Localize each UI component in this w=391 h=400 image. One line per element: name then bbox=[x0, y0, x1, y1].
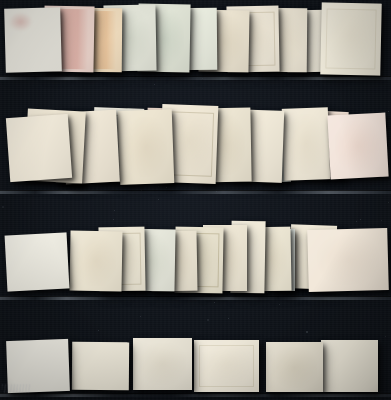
stamp-design-showthrough bbox=[325, 9, 377, 69]
dust-speck bbox=[113, 219, 114, 220]
dust-speck bbox=[207, 319, 209, 321]
dust-speck bbox=[2, 206, 4, 208]
stamp-design-showthrough bbox=[9, 12, 33, 32]
stamp-design-showthrough bbox=[316, 234, 380, 286]
dust-speck bbox=[158, 186, 159, 187]
dust-speck bbox=[267, 292, 268, 293]
stamp-design-showthrough bbox=[272, 347, 316, 388]
dust-speck bbox=[1, 69, 2, 70]
stamp bbox=[6, 114, 72, 182]
stockcard-strip-edge bbox=[0, 190, 391, 194]
stamp bbox=[194, 340, 259, 392]
stamp-design-showthrough bbox=[124, 116, 168, 178]
stamp bbox=[321, 340, 378, 392]
stamp bbox=[320, 2, 381, 75]
dust-speck bbox=[140, 316, 141, 317]
pencil-annotation bbox=[2, 384, 30, 393]
dust-speck bbox=[360, 219, 361, 220]
dust-speck bbox=[166, 187, 167, 188]
stamp bbox=[133, 338, 192, 390]
stockcard-photo bbox=[0, 0, 391, 400]
stamp-design-showthrough bbox=[334, 119, 382, 174]
stockcard-strip-edge bbox=[0, 296, 391, 300]
stamp bbox=[307, 228, 389, 292]
stockcard-strip-edge bbox=[0, 393, 391, 397]
dust-speck bbox=[98, 330, 99, 331]
stamp bbox=[69, 231, 122, 292]
dust-speck bbox=[114, 210, 115, 211]
dust-speck bbox=[385, 336, 386, 337]
stamp bbox=[118, 109, 175, 185]
stamp bbox=[72, 342, 129, 390]
stamp bbox=[282, 107, 330, 181]
stamp bbox=[4, 7, 62, 72]
dust-speck bbox=[306, 331, 308, 333]
stockcard-strip-edge bbox=[0, 76, 391, 80]
dust-speck bbox=[279, 304, 280, 305]
dust-speck bbox=[228, 318, 229, 319]
stamp-design-showthrough bbox=[199, 345, 254, 388]
dust-speck bbox=[285, 103, 286, 104]
dust-speck bbox=[356, 221, 357, 222]
dust-speck bbox=[388, 202, 389, 203]
dust-speck bbox=[214, 302, 215, 303]
stamp bbox=[327, 113, 388, 180]
dust-speck bbox=[154, 84, 155, 85]
stamp-design-showthrough bbox=[287, 114, 325, 174]
dust-speck bbox=[158, 199, 159, 200]
stamp bbox=[266, 342, 323, 392]
stamp-design-showthrough bbox=[139, 343, 185, 386]
dust-speck bbox=[381, 220, 382, 221]
stamp-design-showthrough bbox=[75, 236, 116, 286]
stamp bbox=[5, 232, 70, 291]
dust-speck bbox=[388, 111, 389, 112]
